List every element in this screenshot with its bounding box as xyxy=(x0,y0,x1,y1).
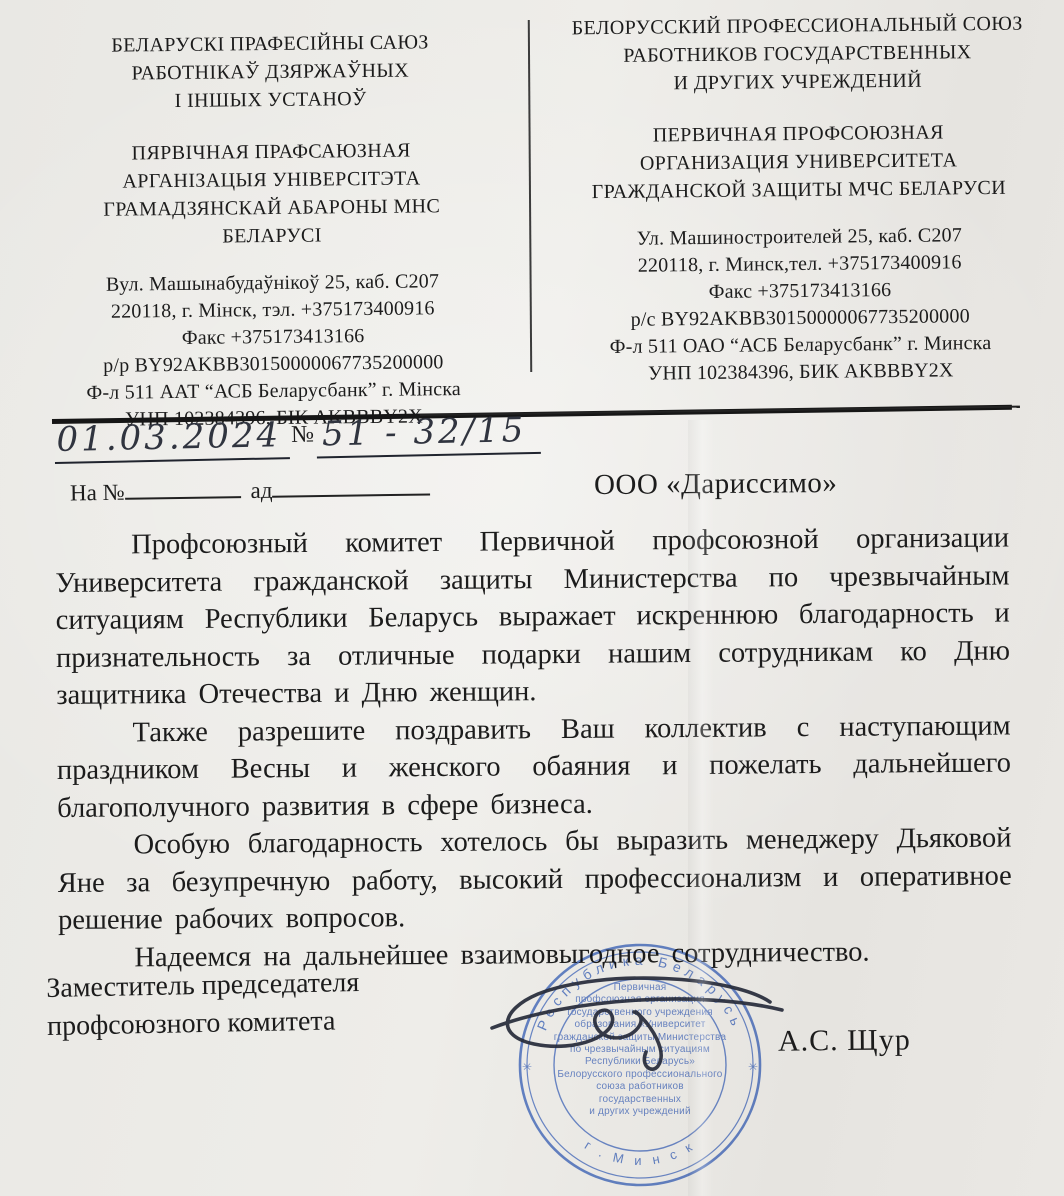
reply-date-blank xyxy=(272,473,430,497)
stamp-center-line: и других учреждений xyxy=(545,1106,735,1118)
address-line: Ф-л 511 ОАО “АСБ Беларусбанк” г. Минска xyxy=(553,329,1047,361)
stamp-ring-bottom-text: г . М и н с к xyxy=(582,1137,698,1168)
address-block-left: Вул. Машынабудаўнікоў 25, каб. С207 2201… xyxy=(56,268,490,435)
handwritten-date: 01.03.2024 xyxy=(54,415,290,464)
unit-name-line: АРГАНІЗАЦЫЯ УНІВЕРСІТЭТА xyxy=(55,164,487,197)
signer-role-line: Заместитель председателя xyxy=(46,964,360,1008)
handwritten-signature xyxy=(486,968,790,1088)
address-line: УНП 102384396, БИК AKBBBY2X xyxy=(554,356,1048,388)
scanned-letter-page: БЕЛАРУСКІ ПРАФЕСІЙНЫ САЮЗ РАБОТНІКАЎ ДЗЯ… xyxy=(0,0,1064,1196)
unit-name-line: ГРАМАДЗЯНСКАЙ АБАРОНЫ МНС БЕЛАРУСІ xyxy=(56,192,489,253)
stamp-center-line: государственных xyxy=(545,1094,735,1106)
unit-name-line: ГРАЖДАНСКОЙ ЗАЩИТЫ МЧС БЕЛАРУСИ xyxy=(552,173,1046,206)
letter-body: Профсоюзный комитет Первичной профсоюзно… xyxy=(55,520,1013,977)
recipient-name: ООО «Дариссимо» xyxy=(594,467,838,502)
body-paragraph: Особую благодарность хотелось бы выразит… xyxy=(57,819,1012,939)
address-line: 220118, г. Мінск, тэл. +375173400916 xyxy=(57,295,489,327)
handwritten-outgoing-number: 51 - 32/15 xyxy=(316,410,541,459)
signer-role: Заместитель председателя профсоюзного ко… xyxy=(46,964,360,1046)
outgoing-reference-row: 01.03.2024№51 - 32/15 xyxy=(54,410,541,464)
reply-reference-row: На №ад xyxy=(70,473,431,506)
address-line: Ф-л 511 ААТ “АСБ Беларусбанк” г. Мінска xyxy=(58,376,490,408)
svg-text:г . М и н с к: г . М и н с к xyxy=(582,1137,698,1168)
number-sign: № xyxy=(291,422,314,448)
signer-role-line: профсоюзного комитета xyxy=(47,1002,361,1046)
unit-name-line: ПЯРВІЧНАЯ ПРАФСАЮЗНАЯ xyxy=(55,136,487,169)
org-name-line: РАБОТНІКАЎ ДЗЯРЖАЎНЫХ xyxy=(54,56,486,89)
letterhead-left: БЕЛАРУСКІ ПРАФЕСІЙНЫ САЮЗ РАБОТНІКАЎ ДЗЯ… xyxy=(54,28,490,435)
reply-prefix-label: На № xyxy=(70,480,125,506)
signer-name: А.С. Щур xyxy=(778,1023,911,1058)
letterhead-divider-line xyxy=(528,20,532,372)
address-block-right: Ул. Машиностроителей 25, каб. С207 22011… xyxy=(552,221,1048,388)
org-name-line: БЕЛАРУСКІ ПРАФЕСІЙНЫ САЮЗ xyxy=(54,28,486,61)
org-name-line: І ІНШЫХ УСТАНОЎ xyxy=(54,84,486,117)
reply-infix-label: ад xyxy=(250,478,272,503)
org-name-line: РАБОТНИКОВ ГОСУДАРСТВЕННЫХ xyxy=(550,37,1044,70)
org-name-line: И ДРУГИХ УЧРЕЖДЕНИЙ xyxy=(551,65,1045,98)
body-paragraph: Профсоюзный комитет Первичной профсоюзно… xyxy=(55,520,1010,715)
body-paragraph: Также разрешите поздравить Ваш коллектив… xyxy=(56,707,1011,827)
reply-number-blank xyxy=(124,476,240,500)
letterhead-right: БЕЛОРУССКИЙ ПРОФЕССИОНАЛЬНЫЙ СОЮЗ РАБОТН… xyxy=(550,9,1048,388)
